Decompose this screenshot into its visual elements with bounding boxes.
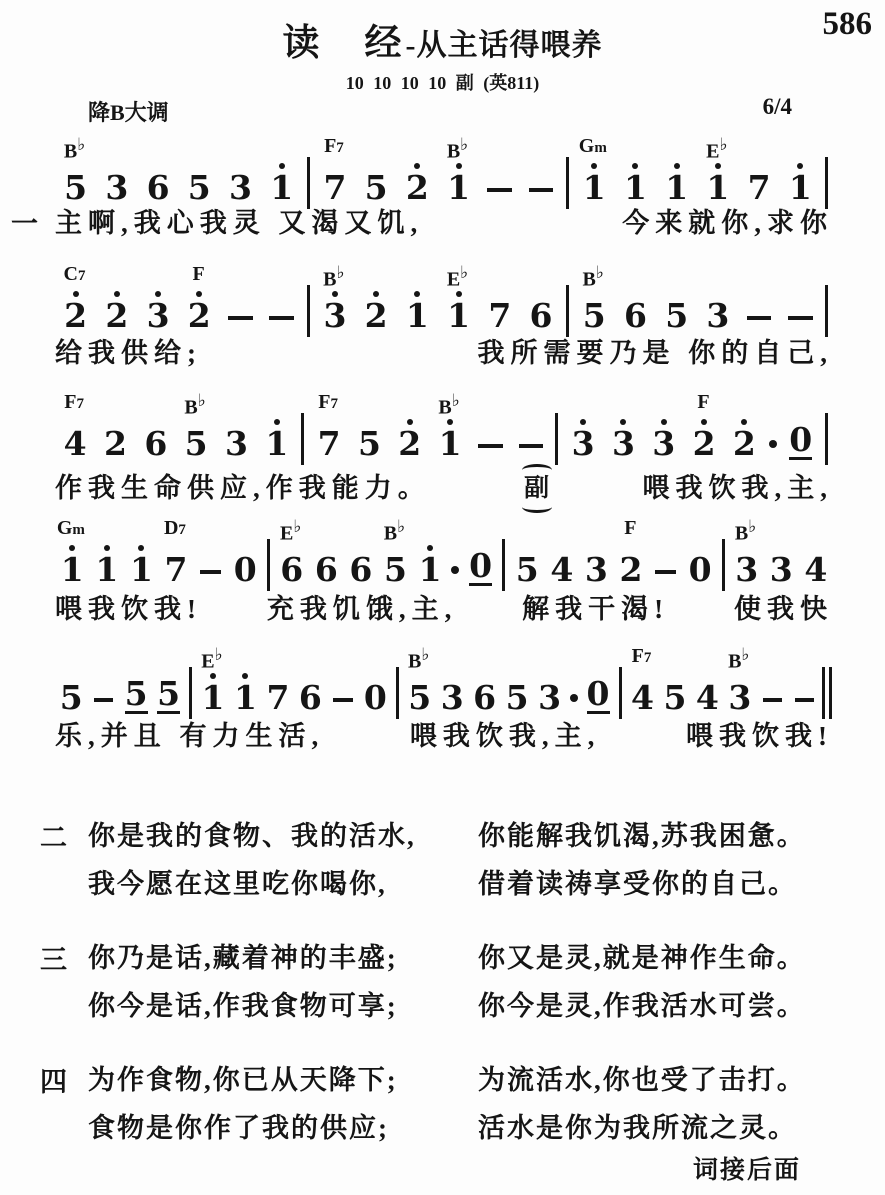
chord-label: B♭ (184, 392, 205, 418)
note: 3 (533, 646, 565, 714)
chord-label: B♭ (728, 646, 749, 672)
note: 2 (390, 392, 430, 460)
octave-dot (715, 163, 721, 169)
note: Gm1 (574, 136, 615, 204)
barline (302, 136, 314, 204)
lyrics-line-2: 给我供给;我所需要乃是 你的自己, (55, 338, 833, 369)
barline (562, 264, 574, 332)
note-digit: 3 (728, 681, 751, 714)
verse-text-left: 你乃是话,藏着神的丰盛; (88, 936, 398, 975)
note-digit: 2 (733, 427, 756, 460)
note: 5 (120, 646, 152, 714)
note: 2 (95, 392, 135, 460)
note-digit: 2 (64, 299, 87, 332)
note-digit: 3 (706, 299, 729, 332)
chord-suffix: ♭ (452, 391, 460, 410)
note: 0 (683, 518, 718, 586)
lyric-segment: 主啊,我心我灵 又渴又饥, (55, 208, 423, 239)
octave-dot (447, 419, 453, 425)
chord-suffix: ♭ (77, 135, 85, 154)
note: 1 (656, 136, 697, 204)
note-digit: 3 (323, 299, 346, 332)
note-digit: 3 (538, 681, 561, 714)
chord-suffix: ♭ (198, 391, 206, 410)
note-digit: 6 (473, 681, 496, 714)
note: E♭1 (438, 264, 479, 332)
note: 7 (262, 646, 294, 714)
note-digit: 1 (130, 553, 153, 586)
music-line-2: C7223F2B♭321E♭176B♭5653 (55, 264, 833, 332)
note-digit: 1 (706, 171, 729, 204)
note-digit: 0 (364, 681, 387, 714)
note-digit: 5 (665, 299, 688, 332)
verse-2: 二你是我的食物、我的活水,你能解我饥渴,苏我困惫。我今愿在这里吃你喝你,借着读祷… (40, 814, 852, 906)
lyric-segment: 解我干渴! (522, 594, 669, 625)
note-digit: 7 (323, 171, 346, 204)
note-digit: 3 (441, 681, 464, 714)
verse-text-right: 借着读祷享受你的自己。 (478, 862, 797, 901)
verse-text-left: 你今是话,作我食物可享; (88, 984, 398, 1023)
note-digit: 0 (789, 423, 812, 460)
hymn-meter: 10 10 10 10 副 (英811) (0, 69, 885, 95)
verse-text-right: 你能解我饥渴,苏我困惫。 (478, 814, 806, 853)
note-digit: 3 (147, 299, 170, 332)
note-digit: 7 (748, 171, 771, 204)
note-digit: 1 (270, 171, 293, 204)
refrain-marker: 副 (522, 464, 552, 513)
note: B♭3 (729, 518, 764, 586)
note-digit: 1 (95, 553, 118, 586)
chord-suffix: ♭ (397, 517, 405, 536)
chord-suffix: ♭ (460, 263, 468, 282)
note-digit: 1 (439, 427, 462, 460)
note: 1 (257, 392, 297, 460)
note-digit: 7 (266, 681, 289, 714)
note-digit: 5 (506, 681, 529, 714)
chord-label: F7 (324, 136, 344, 156)
note-digit: 0 (587, 677, 610, 714)
lyric-segment: 喂我饮我,主, (410, 721, 601, 752)
note-digit: 3 (572, 427, 595, 460)
duration-dash (511, 392, 551, 460)
note: B♭5 (404, 646, 436, 714)
note-digit: 6 (530, 299, 553, 332)
duration-dash (520, 136, 561, 204)
note: F2 (614, 518, 649, 586)
note: 3 (137, 264, 178, 332)
music-line-4: Gm111D770E♭666B♭510543F20B♭334 (55, 518, 833, 586)
chord-label: B♭ (323, 264, 344, 290)
octave-dot (701, 419, 707, 425)
barline (562, 136, 574, 204)
octave-dot (456, 163, 462, 169)
chord-suffix: ♭ (293, 517, 301, 536)
note-digit: 2 (406, 171, 429, 204)
final-barline (821, 646, 833, 714)
hymn-title-main: 读 经 (283, 23, 406, 64)
octave-dot (196, 291, 202, 297)
time-signature: 6/4 (763, 94, 792, 120)
note-digit: 4 (631, 681, 654, 714)
verse-text-left: 我今愿在这里吃你喝你, (88, 862, 387, 901)
barline (551, 392, 563, 460)
octave-dot (456, 291, 462, 297)
note: B♭5 (378, 518, 413, 586)
note: F2 (684, 392, 724, 460)
chord-suffix: ♭ (421, 645, 429, 664)
chord-suffix: 7 (78, 268, 86, 284)
lyric-segment: 作我生命供应,作我能力。 (55, 473, 431, 504)
chord-label: F7 (318, 392, 338, 412)
octave-dot (620, 419, 626, 425)
chord-suffix: m (594, 140, 607, 156)
note: 1 (615, 136, 656, 204)
note: 6 (309, 518, 344, 586)
lyric-segment: 今来就你,求你 (622, 208, 833, 239)
chord-label: F7 (64, 392, 84, 412)
chord-label: F7 (632, 646, 652, 666)
verse-number: 三 (40, 938, 67, 977)
lyric-segment: 我所需要乃是 你的自己, (478, 338, 834, 369)
note-digit: 3 (652, 427, 675, 460)
note: 5 (656, 264, 697, 332)
note: E♭1 (697, 136, 738, 204)
octave-dot (104, 545, 110, 551)
chord-label: Gm (579, 136, 607, 156)
duration-dash (220, 264, 261, 332)
note-digit: 3 (225, 427, 248, 460)
note-digit: 4 (550, 553, 573, 586)
note-digit: 7 (318, 427, 341, 460)
note-digit: 4 (804, 553, 827, 586)
note: 5 (501, 646, 533, 714)
note: 6 (136, 392, 176, 460)
note-digit: 1 (234, 681, 257, 714)
duration-dash (87, 646, 119, 714)
octave-dot (591, 163, 597, 169)
note: 5 (659, 646, 691, 714)
note-digit: 1 (447, 171, 470, 204)
chord-suffix: ♭ (719, 135, 727, 154)
note: 3 (764, 518, 799, 586)
octave-dot (632, 163, 638, 169)
octave-dot (674, 163, 680, 169)
note: 3 (216, 392, 256, 460)
chord-suffix: 7 (330, 396, 338, 412)
octave-dot (741, 419, 747, 425)
note: 1 (124, 518, 159, 586)
lyric-segment: 喂我饮我! (686, 721, 833, 752)
note: 3 (644, 392, 684, 460)
note: B♭5 (574, 264, 615, 332)
duration-dash (648, 518, 683, 586)
octave-dot (427, 545, 433, 551)
augmentation-dot (765, 392, 781, 460)
barline (614, 646, 626, 714)
barline (262, 518, 274, 586)
note-digit: 4 (696, 681, 719, 714)
note: 1 (780, 136, 821, 204)
note: 2 (724, 392, 764, 460)
note: 3 (579, 518, 614, 586)
continuation-note: 词接后面 (693, 1150, 801, 1186)
verse-4: 四为作食物,你已从天降下;为流活水,你也受了击打。食物是你作了我的供应;活水是你… (40, 1058, 852, 1150)
note-digit: 0 (234, 553, 257, 586)
note: 6 (520, 264, 561, 332)
chord-label: B♭ (447, 136, 468, 162)
note-digit: 5 (365, 171, 388, 204)
octave-dot (69, 545, 75, 551)
note-digit: 6 (147, 171, 170, 204)
note: 3 (436, 646, 468, 714)
note: 3 (563, 392, 603, 460)
octave-dot (210, 673, 216, 679)
barline (821, 392, 833, 460)
note: 2 (96, 264, 137, 332)
note-digit: 2 (365, 299, 388, 332)
note-digit: 6 (624, 299, 647, 332)
barline (185, 646, 197, 714)
chord-suffix: 7 (336, 140, 344, 156)
music-line-1: B♭536531F7752B♭1Gm111E♭171 (55, 136, 833, 204)
note: F77 (314, 136, 355, 204)
note: 0 (582, 646, 614, 714)
verse-text-right: 活水是你为我所流之灵。 (478, 1106, 797, 1145)
chord-suffix: 7 (77, 396, 85, 412)
note: 0 (359, 646, 391, 714)
note-digit: 1 (447, 299, 470, 332)
verse-number: 一 (11, 209, 38, 240)
note: E♭1 (197, 646, 229, 714)
music-line-5: 555E♭11760B♭536530F7454B♭3 (55, 646, 833, 714)
octave-dot (414, 163, 420, 169)
note-digit: 5 (663, 681, 686, 714)
note-digit: 1 (61, 553, 84, 586)
verse-number: 四 (40, 1060, 67, 1099)
octave-dot (279, 163, 285, 169)
note-digit: 5 (583, 299, 606, 332)
octave-dot (274, 419, 280, 425)
note-digit: 1 (419, 553, 442, 586)
note-digit: 2 (619, 553, 642, 586)
note: 3 (697, 264, 738, 332)
octave-dot (414, 291, 420, 297)
note: 1 (397, 264, 438, 332)
chord-suffix: ♭ (215, 645, 223, 664)
verse-text-left: 为作食物,你已从天降下; (88, 1058, 398, 1097)
note: B♭5 (55, 136, 96, 204)
note-digit: 6 (144, 427, 167, 460)
lyric-segment: 给我供给; (55, 338, 202, 369)
note: B♭1 (430, 392, 470, 460)
note-digit: 2 (105, 299, 128, 332)
note-digit: 5 (125, 677, 148, 714)
note: B♭3 (314, 264, 355, 332)
verse-text-right: 为流活水,你也受了击打。 (478, 1058, 806, 1097)
lyric-segment: 喂我饮我,主, (643, 473, 834, 504)
chord-label: F (624, 518, 636, 538)
octave-dot (797, 163, 803, 169)
duration-dash (470, 392, 510, 460)
note: B♭3 (724, 646, 756, 714)
chord-suffix: ♭ (337, 263, 345, 282)
duration-dash (756, 646, 788, 714)
lyrics-line-3: 作我生命供应,作我能力。副喂我饮我,主, (55, 464, 833, 513)
note-digit: 1 (789, 171, 812, 204)
note: B♭5 (176, 392, 216, 460)
augmentation-dot (566, 646, 582, 714)
barline (392, 646, 404, 714)
note: 5 (349, 392, 389, 460)
note: 5 (510, 518, 545, 586)
note: 6 (615, 264, 656, 332)
barline (302, 264, 314, 332)
note: F2 (179, 264, 220, 332)
note-digit: 0 (689, 553, 712, 586)
chord-label: B♭ (408, 646, 429, 672)
note: 1 (261, 136, 302, 204)
note: 1 (90, 518, 125, 586)
note: 4 (799, 518, 834, 586)
chord-label: E♭ (280, 518, 301, 544)
octave-dot (332, 291, 338, 297)
note-digit: 1 (624, 171, 647, 204)
lyrics-line-4: 喂我饮我!充我饥饿,主,解我干渴!使我快 (55, 594, 833, 625)
octave-dot (155, 291, 161, 297)
note-digit: 5 (408, 681, 431, 714)
note: 7 (739, 136, 780, 204)
note-digit: 5 (188, 171, 211, 204)
verse-number: 二 (40, 816, 67, 855)
chord-suffix: ♭ (741, 645, 749, 664)
note: Gm1 (55, 518, 90, 586)
verse-text-left: 食物是你作了我的供应; (88, 1106, 389, 1145)
note-digit: 6 (280, 553, 303, 586)
lyrics-line-1: 一主啊,我心我灵 又渴又饥,今来就你,求你 (55, 208, 833, 239)
chord-suffix: ♭ (748, 517, 756, 536)
note-digit: 5 (185, 427, 208, 460)
duration-dash (479, 136, 520, 204)
note-digit: 3 (229, 171, 252, 204)
note: 2 (397, 136, 438, 204)
music-line-3: F7426B♭531F7752B♭1333F220 (55, 392, 833, 460)
lyrics-line-5: 乐,并且 有力生活,喂我饮我,主,喂我饮我! (55, 721, 833, 752)
chord-label: F (193, 264, 205, 284)
note-digit: 1 (665, 171, 688, 204)
barline (717, 518, 729, 586)
barline (821, 136, 833, 204)
chord-label: B♭ (582, 264, 603, 290)
chord-suffix: m (72, 522, 85, 538)
chord-label: E♭ (447, 264, 468, 290)
page-number: 586 (823, 6, 873, 43)
chord-label: B♭ (64, 136, 85, 162)
chord-label: D7 (164, 518, 186, 538)
note-digit: 3 (735, 553, 758, 586)
note-digit: 5 (60, 681, 83, 714)
note: 5 (152, 646, 184, 714)
note-digit: 3 (105, 171, 128, 204)
note: 3 (220, 136, 261, 204)
note: 0 (228, 518, 263, 586)
note-digit: 0 (469, 549, 492, 586)
refrain-arc-bottom (522, 501, 552, 513)
note-digit: 7 (488, 299, 511, 332)
duration-dash (789, 646, 821, 714)
note-digit: 5 (64, 171, 87, 204)
key-signature-label: 降B大调 (88, 96, 169, 127)
verse-text-left: 你是我的食物、我的活水, (88, 814, 416, 853)
note-digit: 4 (64, 427, 87, 460)
page-title: 读 经-从主话得喂养 (0, 12, 885, 66)
barline (498, 518, 510, 586)
note: 2 (356, 264, 397, 332)
note-digit: 7 (165, 553, 188, 586)
note-digit: 5 (516, 553, 539, 586)
lyric-segment: 使我快 (734, 594, 833, 625)
chord-label: E♭ (201, 646, 222, 672)
chord-suffix: 7 (644, 650, 652, 666)
duration-dash (327, 646, 359, 714)
note: 6 (137, 136, 178, 204)
chord-label: C7 (64, 264, 86, 284)
chord-label: B♭ (384, 518, 405, 544)
octave-dot (661, 419, 667, 425)
duration-dash (261, 264, 302, 332)
note: F74 (55, 392, 95, 460)
duration-dash (739, 264, 780, 332)
note: 3 (603, 392, 643, 460)
note: 6 (294, 646, 326, 714)
barline (297, 392, 309, 460)
note: 3 (96, 136, 137, 204)
chord-suffix: 7 (178, 522, 186, 538)
note-digit: 3 (770, 553, 793, 586)
note: 5 (179, 136, 220, 204)
note-digit: 2 (398, 427, 421, 460)
chord-label: E♭ (706, 136, 727, 162)
note: 5 (356, 136, 397, 204)
note: 5 (55, 646, 87, 714)
note: 0 (463, 518, 498, 586)
hymn-page: 读 经-从主话得喂养 586 10 10 10 10 副 (英811) 降B大调… (0, 0, 885, 1195)
chord-suffix: ♭ (460, 135, 468, 154)
note-digit: 6 (349, 553, 372, 586)
refrain-character: 副 (524, 476, 549, 501)
note-digit: 6 (315, 553, 338, 586)
note-digit: 3 (612, 427, 635, 460)
verse-text-right: 你又是灵,就是神作生命。 (478, 936, 806, 975)
duration-dash (780, 264, 821, 332)
octave-dot (73, 291, 79, 297)
chord-label: B♭ (438, 392, 459, 418)
note: 0 (781, 392, 821, 460)
note: 4 (545, 518, 580, 586)
note: 7 (479, 264, 520, 332)
lyric-segment: 乐,并且 有力生活, (55, 721, 324, 752)
augmentation-dot (447, 518, 463, 586)
note: B♭1 (438, 136, 479, 204)
chord-label: F (697, 392, 709, 412)
note-digit: 5 (358, 427, 381, 460)
chord-label: Gm (57, 518, 85, 538)
barline (821, 264, 833, 332)
octave-dot (373, 291, 379, 297)
note: 1 (413, 518, 448, 586)
lyric-segment: 喂我饮我! (55, 594, 202, 625)
hymn-title-subtitle: -从主话得喂养 (406, 29, 603, 62)
note: 1 (229, 646, 261, 714)
